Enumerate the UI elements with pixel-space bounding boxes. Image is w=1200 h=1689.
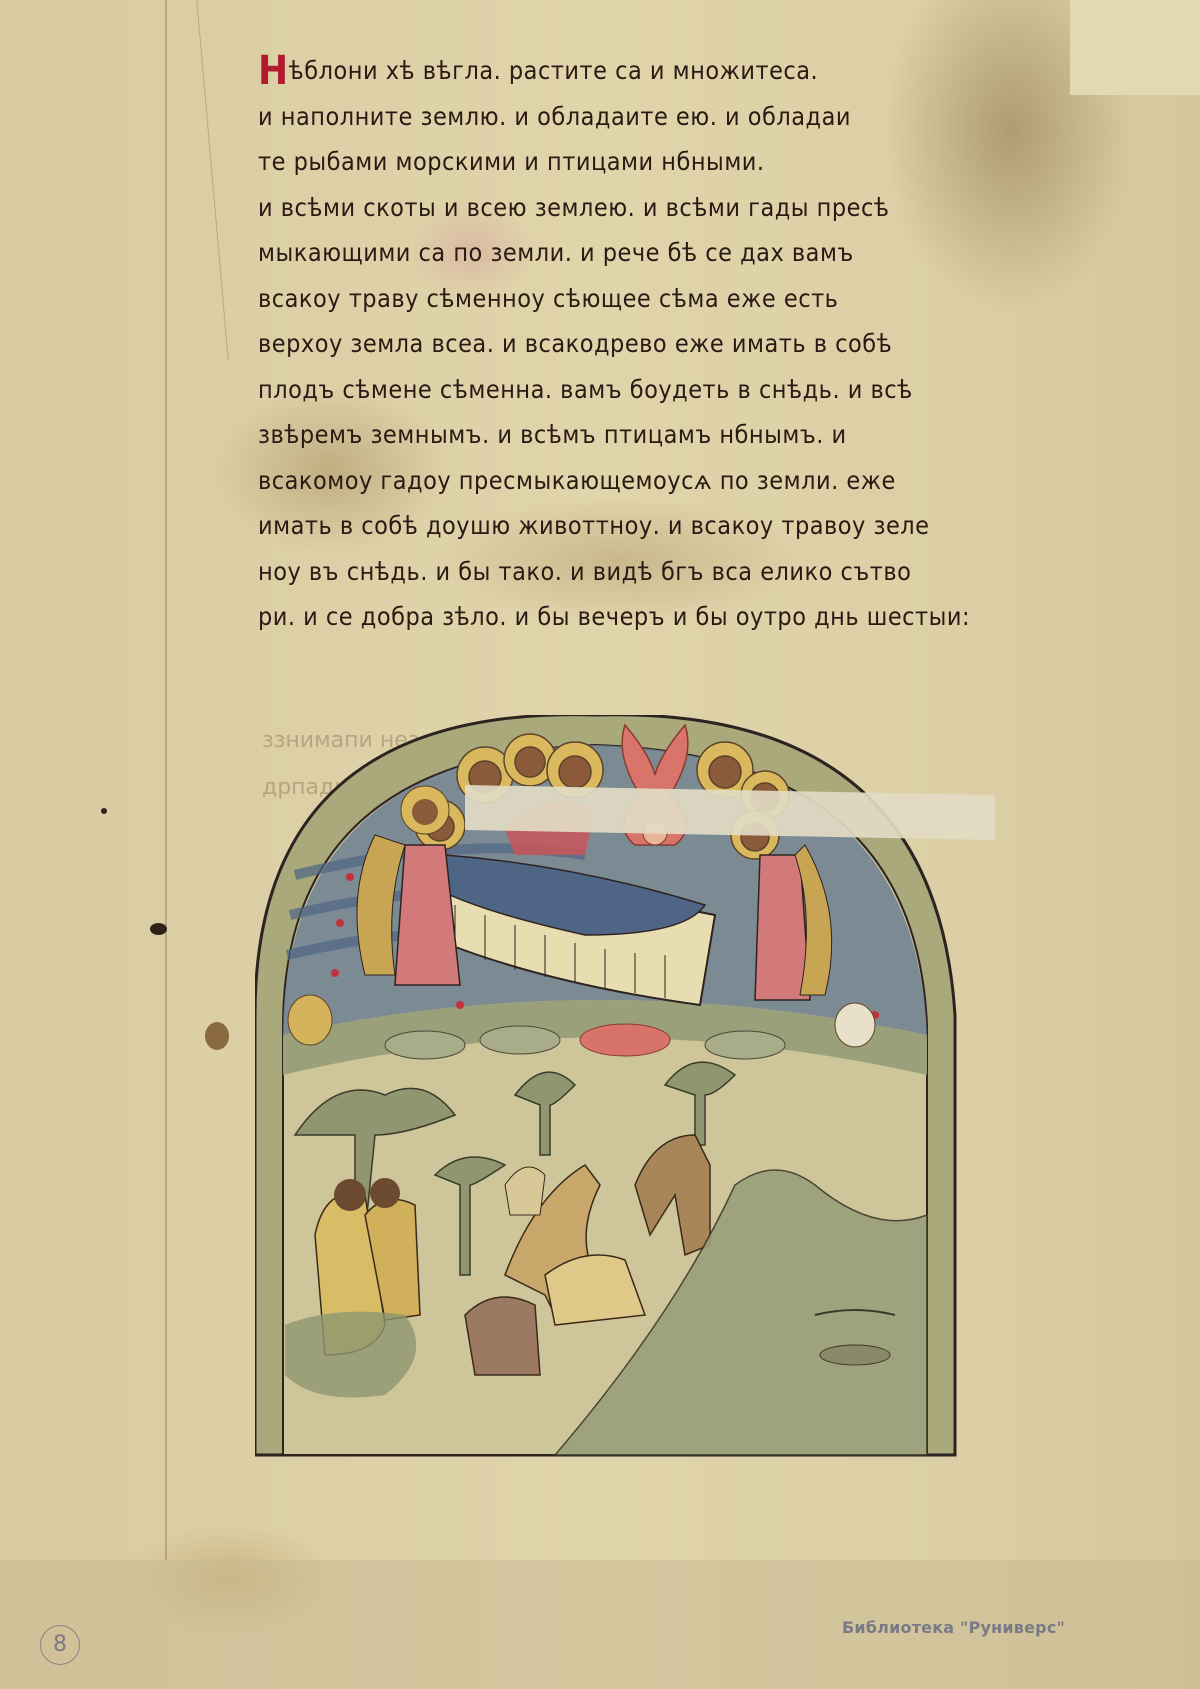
text-line-1: Нѣблони хѣ вѣгла. растите са и множитеса… bbox=[258, 48, 1058, 94]
text-line-9: звѣремъ земнымъ. и всѣмъ птицамъ нбнымъ.… bbox=[258, 412, 1058, 458]
manuscript-page: ззнимапи нездадьвод дрпади нмрона Нѣблон… bbox=[0, 0, 1200, 1689]
text-line-5: мыкающими са по земли. и рече бѣ се дах … bbox=[258, 230, 1058, 276]
ink-spot bbox=[101, 808, 107, 814]
text-line-13: ри. и се добра зѣло. и бы вечеръ и бы оу… bbox=[258, 594, 1058, 640]
page-crease bbox=[196, 0, 228, 360]
miniature-illustration bbox=[255, 715, 1015, 1470]
manuscript-text: Нѣблони хѣ вѣгла. растите са и множитеса… bbox=[258, 48, 1058, 640]
text-line-11: имать в собѣ доушю животтноу. и всакоу т… bbox=[258, 503, 1058, 549]
folio-number: 8 bbox=[40, 1625, 80, 1665]
text-line-6: всакоу траву сѣменноу сѣющее сѣма еже ес… bbox=[258, 276, 1058, 322]
red-initial: Н bbox=[258, 48, 289, 94]
repair-patch bbox=[1070, 0, 1200, 95]
ink-spot bbox=[150, 923, 167, 935]
text-line-4: и всѣми скоты и всею землею. и всѣми гад… bbox=[258, 185, 1058, 231]
page-seam bbox=[165, 0, 167, 1560]
text-line-3: те рыбами морскими и птицами нбными. bbox=[258, 139, 1058, 185]
text-line-10: всакомоу гадоу пресмыкающемоусѧ по земли… bbox=[258, 458, 1058, 504]
illuminated-miniature bbox=[255, 715, 1015, 1470]
stain-spot bbox=[205, 1022, 229, 1050]
library-watermark: Библиотека "Руниверс" bbox=[842, 1618, 1065, 1637]
text-line-2: и наполните землю. и обладаите ею. и обл… bbox=[258, 94, 1058, 140]
text-line-7: верхоу земла всеа. и всакодрево еже имат… bbox=[258, 321, 1058, 367]
text-line-12: ноу въ снѣдь. и бы тако. и видѣ бгъ вса … bbox=[258, 549, 1058, 595]
text-line-8: плодъ сѣмене сѣменна. вамъ боудеть в снѣ… bbox=[258, 367, 1058, 413]
